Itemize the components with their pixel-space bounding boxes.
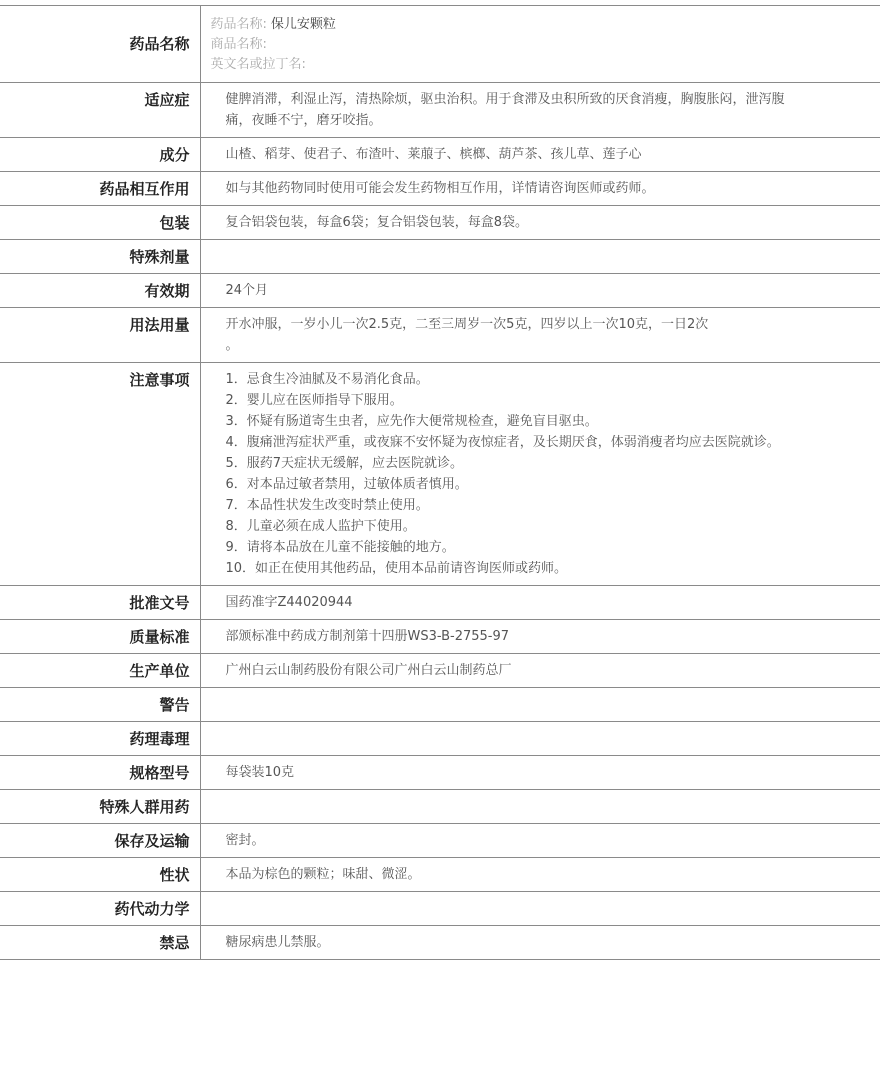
precaution-item: 4．腹痛泄泻症状严重，或夜寐不安怀疑为夜惊症者，及长期厌食，体弱消瘦者均应去医院… — [226, 432, 786, 453]
row-value-text: 开水冲服，一岁小儿一次2.5克，二至三周岁一次5克，四岁以上一次10克，一日2次… — [226, 314, 786, 356]
row-value: 1．忌食生冷油腻及不易消化食品。2．婴儿应在医师指导下服用。3．怀疑有肠道寄生虫… — [200, 363, 880, 586]
row-label: 包装 — [0, 206, 200, 240]
row-value — [200, 240, 880, 274]
row-value — [200, 892, 880, 926]
row-label: 性状 — [0, 858, 200, 892]
row-value: 山楂、稻芽、使君子、布渣叶、莱菔子、槟榔、葫芦茶、孩儿草、莲子心 — [200, 138, 880, 172]
precaution-item: 8．儿童必须在成人监护下使用。 — [226, 516, 786, 537]
row-value: 广州白云山制药股份有限公司广州白云山制药总厂 — [200, 654, 880, 688]
row-label: 规格型号 — [0, 756, 200, 790]
spec-row: 生产单位广州白云山制药股份有限公司广州白云山制药总厂 — [0, 654, 880, 688]
row-label: 用法用量 — [0, 308, 200, 363]
spec-rows: 适应症健脾消滞，利湿止泻，清热除烦，驱虫治积。用于食滞及虫积所致的厌食消瘦，胸腹… — [0, 83, 880, 960]
spec-row: 保存及运输密封。 — [0, 824, 880, 858]
row-value — [200, 688, 880, 722]
row-value-text — [226, 898, 786, 919]
row-label: 禁忌 — [0, 926, 200, 960]
row-value-text: 山楂、稻芽、使君子、布渣叶、莱菔子、槟榔、葫芦茶、孩儿草、莲子心 — [226, 144, 786, 165]
row-value: 本品为棕色的颗粒；味甜、微涩。 — [200, 858, 880, 892]
row-value: 复合铝袋包装，每盒6袋；复合铝袋包装，每盒8袋。 — [200, 206, 880, 240]
spec-row: 成分山楂、稻芽、使君子、布渣叶、莱菔子、槟榔、葫芦茶、孩儿草、莲子心 — [0, 138, 880, 172]
spec-row: 用法用量开水冲服，一岁小儿一次2.5克，二至三周岁一次5克，四岁以上一次10克，… — [0, 308, 880, 363]
spec-row: 质量标准部颁标准中药成方制剂第十四册WS3-B-2755-97 — [0, 620, 880, 654]
precaution-item: 9．请将本品放在儿童不能接触的地方。 — [226, 537, 786, 558]
row-value-text: 每袋装10克 — [226, 762, 786, 783]
precaution-item: 1．忌食生冷油腻及不易消化食品。 — [226, 369, 786, 390]
row-value-text: 复合铝袋包装，每盒6袋；复合铝袋包装，每盒8袋。 — [226, 212, 786, 233]
precaution-item: 7．本品性状发生改变时禁止使用。 — [226, 495, 786, 516]
row-label: 质量标准 — [0, 620, 200, 654]
row-value-text: 密封。 — [226, 830, 786, 851]
spec-row: 注意事项1．忌食生冷油腻及不易消化食品。2．婴儿应在医师指导下服用。3．怀疑有肠… — [0, 363, 880, 586]
row-drug-name: 药品名称 药品名称:保儿安颗粒 商品名称: 英文名或拉丁名: — [0, 6, 880, 83]
row-value: 如与其他药物同时使用可能会发生药物相互作用，详情请咨询医师或药师。 — [200, 172, 880, 206]
precaution-item: 5．服药7天症状无缓解，应去医院就诊。 — [226, 453, 786, 474]
row-label: 批准文号 — [0, 586, 200, 620]
trade-name-line: 商品名称: — [211, 35, 880, 55]
precaution-item: 10．如正在使用其他药品，使用本品前请咨询医师或药师。 — [226, 558, 786, 579]
row-value-text — [226, 796, 786, 817]
generic-name-line: 药品名称:保儿安颗粒 — [211, 15, 880, 35]
row-label: 药代动力学 — [0, 892, 200, 926]
row-label: 警告 — [0, 688, 200, 722]
english-name-key: 英文名或拉丁名: — [211, 57, 306, 72]
spec-row: 有效期24个月 — [0, 274, 880, 308]
row-value-text: 糖尿病患儿禁服。 — [226, 932, 786, 953]
row-value-text — [226, 728, 786, 749]
row-value: 开水冲服，一岁小儿一次2.5克，二至三周岁一次5克，四岁以上一次10克，一日2次… — [200, 308, 880, 363]
trade-name-key: 商品名称: — [211, 37, 267, 52]
english-name-line: 英文名或拉丁名: — [211, 55, 880, 75]
spec-row: 规格型号每袋装10克 — [0, 756, 880, 790]
row-value-text — [226, 246, 786, 267]
spec-row: 性状本品为棕色的颗粒；味甜、微涩。 — [0, 858, 880, 892]
row-value-text: 本品为棕色的颗粒；味甜、微涩。 — [226, 864, 786, 885]
row-label: 药品相互作用 — [0, 172, 200, 206]
precaution-item: 6．对本品过敏者禁用，过敏体质者慎用。 — [226, 474, 786, 495]
spec-row: 适应症健脾消滞，利湿止泻，清热除烦，驱虫治积。用于食滞及虫积所致的厌食消瘦，胸腹… — [0, 83, 880, 138]
row-label: 成分 — [0, 138, 200, 172]
row-value-text: 健脾消滞，利湿止泻，清热除烦，驱虫治积。用于食滞及虫积所致的厌食消瘦，胸腹胀闷，… — [226, 89, 786, 131]
generic-name-key: 药品名称: — [211, 17, 267, 32]
row-value: 部颁标准中药成方制剂第十四册WS3-B-2755-97 — [200, 620, 880, 654]
row-value — [200, 722, 880, 756]
precaution-item: 2．婴儿应在医师指导下服用。 — [226, 390, 786, 411]
spec-row: 批准文号国药准字Z44020944 — [0, 586, 880, 620]
spec-row: 禁忌糖尿病患儿禁服。 — [0, 926, 880, 960]
spec-row: 特殊人群用药 — [0, 790, 880, 824]
row-value: 每袋装10克 — [200, 756, 880, 790]
row-value: 健脾消滞，利湿止泻，清热除烦，驱虫治积。用于食滞及虫积所致的厌食消瘦，胸腹胀闷，… — [200, 83, 880, 138]
spec-row: 警告 — [0, 688, 880, 722]
row-value: 糖尿病患儿禁服。 — [200, 926, 880, 960]
spec-row: 包装复合铝袋包装，每盒6袋；复合铝袋包装，每盒8袋。 — [0, 206, 880, 240]
row-value — [200, 790, 880, 824]
row-value: 24个月 — [200, 274, 880, 308]
row-label: 特殊人群用药 — [0, 790, 200, 824]
generic-name-value: 保儿安颗粒 — [271, 17, 336, 32]
row-value-text: 部颁标准中药成方制剂第十四册WS3-B-2755-97 — [226, 626, 786, 647]
row-label: 药理毒理 — [0, 722, 200, 756]
row-label: 特殊剂量 — [0, 240, 200, 274]
spec-row: 药品相互作用如与其他药物同时使用可能会发生药物相互作用，详情请咨询医师或药师。 — [0, 172, 880, 206]
spec-row: 药代动力学 — [0, 892, 880, 926]
row-label: 药品名称 — [0, 6, 200, 83]
drug-spec-table: 药品名称 药品名称:保儿安颗粒 商品名称: 英文名或拉丁名: 适应症健脾消滞，利… — [0, 5, 880, 960]
row-label: 适应症 — [0, 83, 200, 138]
row-value-text: 24个月 — [226, 280, 786, 301]
row-label: 注意事项 — [0, 363, 200, 586]
precaution-item: 3．怀疑有肠道寄生虫者，应先作大便常规检查，避免盲目驱虫。 — [226, 411, 786, 432]
spec-row: 特殊剂量 — [0, 240, 880, 274]
row-value-text — [226, 694, 786, 715]
row-value-text: 广州白云山制药股份有限公司广州白云山制药总厂 — [226, 660, 786, 681]
row-value: 密封。 — [200, 824, 880, 858]
row-value: 国药准字Z44020944 — [200, 586, 880, 620]
row-label: 保存及运输 — [0, 824, 200, 858]
spec-row: 药理毒理 — [0, 722, 880, 756]
row-label: 有效期 — [0, 274, 200, 308]
row-value-text: 如与其他药物同时使用可能会发生药物相互作用，详情请咨询医师或药师。 — [226, 178, 786, 199]
row-value-text: 国药准字Z44020944 — [226, 592, 786, 613]
drug-name-values: 药品名称:保儿安颗粒 商品名称: 英文名或拉丁名: — [200, 6, 880, 83]
row-label: 生产单位 — [0, 654, 200, 688]
